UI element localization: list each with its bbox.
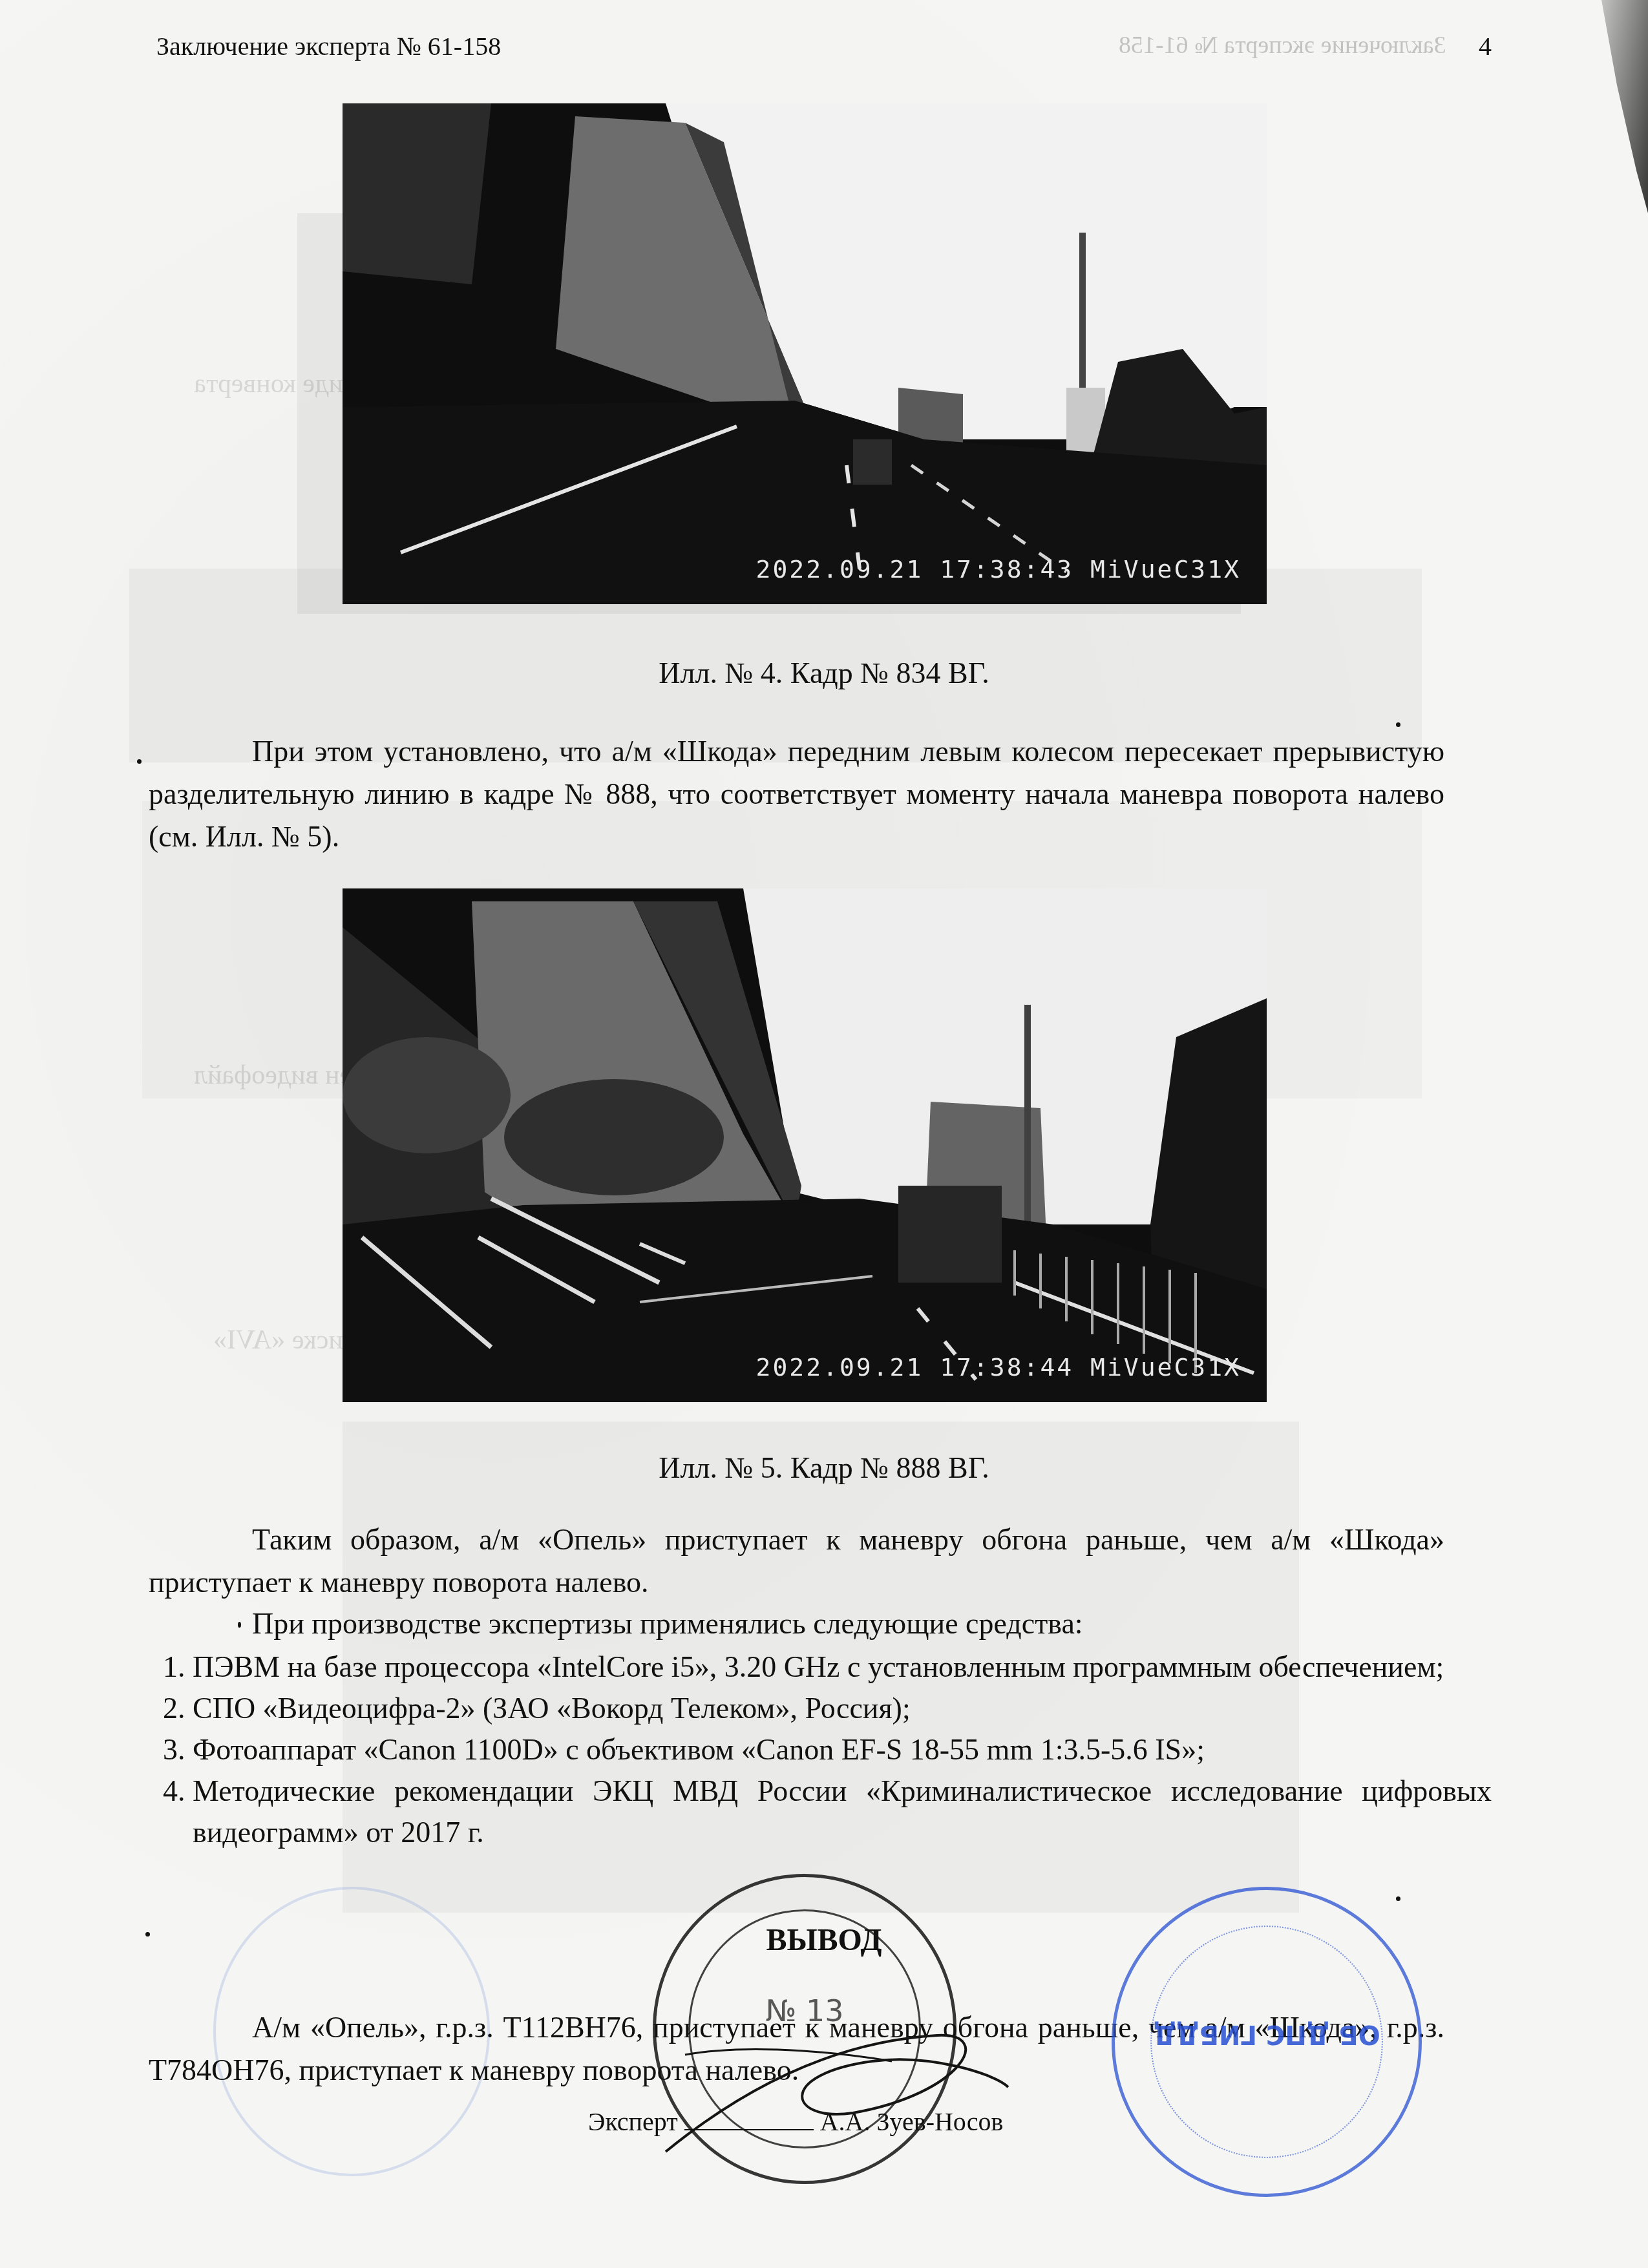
- figure-caption: Илл. № 5. Кадр № 888 ВГ.: [0, 1451, 1648, 1485]
- handwritten-signature: [659, 2016, 1021, 2158]
- street-scene-image: [343, 103, 1267, 604]
- dashcam-frame-834: 2022.09.21 17:38:43 MiVueC31X: [343, 103, 1267, 604]
- dashcam-frame-888: 2022.09.21 17:38:44 MiVueC31X: [343, 888, 1267, 1402]
- tools-list-item: ПЭВМ на базе процессора «IntelCore i5», …: [193, 1646, 1492, 1688]
- body-paragraph: При этом установлено, что а/м «Шкода» пе…: [149, 730, 1444, 858]
- video-timestamp: 2022.09.21 17:38:44 MiVueC31X: [756, 1353, 1241, 1381]
- figure-caption: Илл. № 4. Кадр № 834 ВГ.: [0, 656, 1648, 690]
- page-number: 4: [1479, 31, 1492, 61]
- paragraph-text: При этом установлено, что а/м «Шкода» пе…: [149, 735, 1444, 853]
- scan-mark: [137, 759, 142, 764]
- document-title: Заключение эксперта № 61-158: [156, 31, 501, 61]
- street-scene-image: [343, 888, 1267, 1402]
- body-paragraph: Таким образом, а/м «Опель» приступает к …: [149, 1518, 1444, 1604]
- signature-underline: [684, 2129, 814, 2130]
- signature-name: А.А. Зуев-Носов: [820, 2107, 1004, 2136]
- signature-role: Эксперт: [588, 2107, 678, 2136]
- tools-list: ПЭВМ на базе процессора «IntelCore i5», …: [149, 1646, 1492, 1853]
- paragraph-text: Таким образом, а/м «Опель» приступает к …: [149, 1523, 1444, 1599]
- scan-mark: [1396, 1896, 1400, 1901]
- page-header: Заключение эксперта № 61-158 Заключение …: [150, 31, 1498, 70]
- tools-intro: При производстве экспертизы применялись …: [252, 1602, 1448, 1645]
- scan-mark: [238, 1622, 241, 1628]
- conclusion-heading: ВЫВОД: [0, 1922, 1648, 1958]
- tools-list-item: Фотоаппарат «Canon 1100D» с объективом «…: [193, 1729, 1492, 1770]
- tools-list-item: СПО «Видеоцифра-2» (ЗАО «Вокорд Телеком»…: [193, 1688, 1492, 1729]
- bleed-through-header: Заключение эксперта № 61-158: [1119, 31, 1446, 59]
- video-timestamp: 2022.09.21 17:38:43 MiVueC31X: [756, 555, 1241, 583]
- expert-signature-line: ЭкспертА.А. Зуев-Носов: [588, 2106, 1004, 2137]
- tools-list-item: Методические рекомендации ЭКЦ МВД России…: [193, 1770, 1492, 1853]
- scan-mark: [1396, 722, 1400, 727]
